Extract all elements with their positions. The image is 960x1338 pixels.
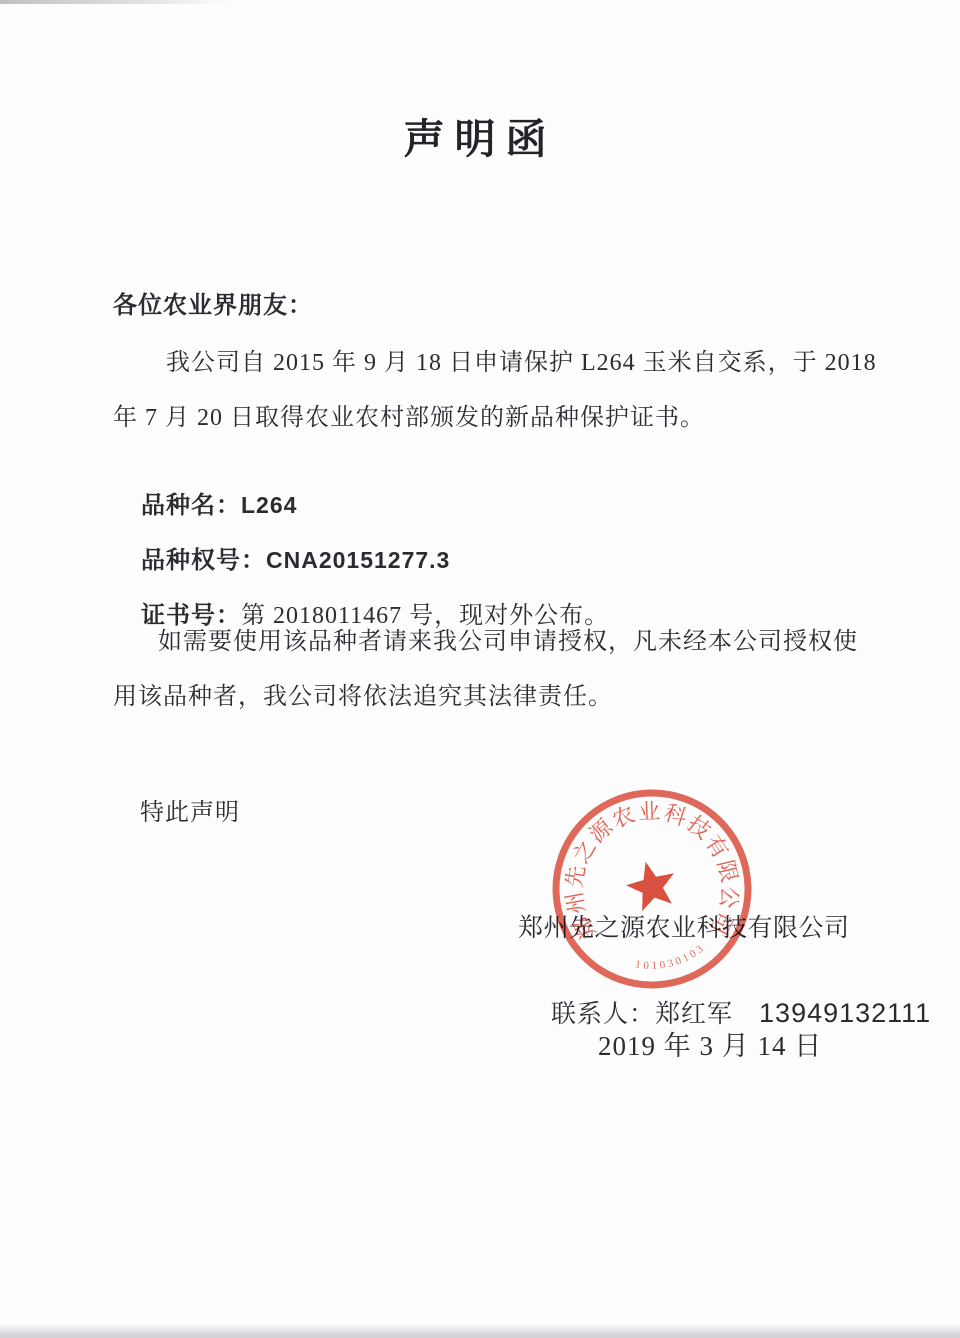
signature-company: 郑州先之源农业科技有限公司 (518, 908, 850, 944)
paragraph1-line1: 我公司自 2015 年 9 月 18 日申请保护 L264 玉米自交系，于 20… (166, 348, 877, 379)
seal-ring (553, 790, 752, 989)
field-certificate-number-label: 证书号： (141, 603, 241, 629)
salutation: 各位农业界朋友： (113, 291, 313, 322)
paragraph1-line2: 年 7 月 20 日取得农业农村部颁发的新品种保护证书。 (113, 403, 705, 434)
field-certificate-number-value: 第 2018011467 号，现对外公布。 (241, 603, 609, 629)
paragraph2-line1: 如需要使用该品种者请来我公司申请授权，凡未经本公司授权使 (158, 627, 858, 658)
seal-serial-number: 1010301030 (538, 775, 709, 976)
scan-artifact-top (0, 0, 230, 4)
seal-star-icon (622, 856, 681, 914)
paragraph2-line2: 用该品种者，我公司将依法追究其法律责任。 (113, 682, 613, 713)
signature-date: 2019 年 3 月 14 日 (598, 1024, 822, 1063)
scan-artifact-bottom (0, 1324, 960, 1338)
closing-statement: 特此声明 (140, 798, 240, 829)
scanned-declaration-letter: 声明函 各位农业界朋友： 我公司自 2015 年 9 月 18 日申请保护 L2… (0, 0, 960, 1338)
page-title: 声明函 (0, 106, 960, 165)
